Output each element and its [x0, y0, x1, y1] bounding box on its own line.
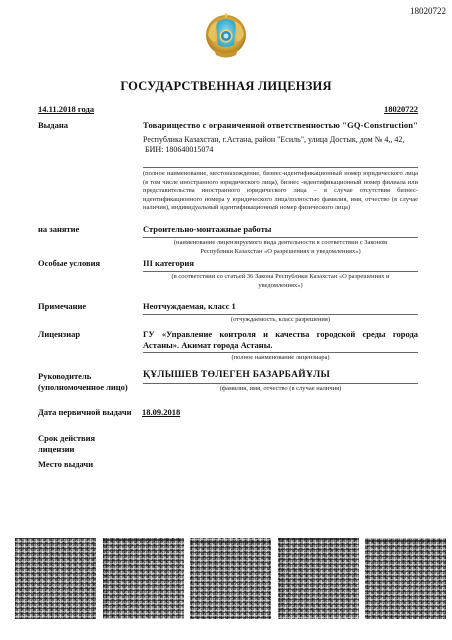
issued-to-block: Товарищество с ограниченной ответственно… [143, 120, 418, 213]
page-title: ГОСУДАРСТВЕННАЯ ЛИЦЕНЗИЯ [0, 79, 452, 94]
conditions-label: Особые условия [38, 258, 100, 269]
holder-address: Республика Казахстан, г.Астана, район "Е… [143, 135, 418, 145]
note-caption: (отчуждаемость, класс разрешения) [143, 315, 418, 325]
validity-label: Срок действия лицензии [38, 433, 95, 455]
barcode-3 [190, 538, 271, 619]
first-issue-value: 18.09.2018 [142, 407, 180, 418]
issue-date: 14.11.2018 года [38, 104, 94, 114]
head-block: ҚҰЛЫШЕВ ТӨЛЕГЕН БАЗАРБАЙҰЛЫ (фамилия, им… [143, 370, 418, 394]
barcode-4 [278, 538, 359, 619]
licensor-caption: (полное наименование лицензиара) [143, 353, 418, 363]
note-block: Неотчуждаемая, класс 1 (отчуждаемость, к… [143, 301, 418, 325]
holder-name: Товарищество с ограниченной ответственно… [143, 120, 418, 131]
note-label: Примечание [38, 301, 86, 312]
barcode-1 [15, 538, 96, 619]
conditions-caption: (в соответствии со статьей 36 Закона Рес… [143, 272, 418, 290]
activity-block: Строительно-монтажные работы (наименован… [143, 224, 418, 256]
license-number: 18020722 [384, 104, 418, 114]
document-number: 18020722 [410, 6, 446, 16]
note-value: Неотчуждаемая, класс 1 [143, 301, 418, 312]
licensor-value: ГУ «Управление контроля и качества город… [143, 329, 418, 351]
head-label: Руководитель (уполномоченное лицо) [38, 371, 128, 393]
state-emblem-icon [204, 13, 248, 61]
conditions-block: III категория (в соответствии со статьей… [143, 258, 418, 290]
activity-label: на занятие [38, 224, 79, 235]
barcode-5 [365, 538, 446, 619]
conditions-value: III категория [143, 258, 418, 269]
barcode-2 [103, 538, 184, 619]
activity-value: Строительно-монтажные работы [143, 224, 418, 235]
issued-to-label: Выдана [38, 120, 68, 131]
holder-bin: БИН: 180640015074 [143, 145, 418, 155]
issued-to-caption: (полное наименование, местонахождение, б… [143, 170, 418, 213]
head-value: ҚҰЛЫШЕВ ТӨЛЕГЕН БАЗАРБАЙҰЛЫ [143, 370, 418, 381]
first-issue-label: Дата первичной выдачи [38, 407, 132, 418]
head-caption: (фамилия, имя, отчество (в случае наличи… [143, 384, 418, 394]
barcode-strip [15, 538, 446, 619]
activity-caption: (наименование лицензируемого вида деятел… [143, 238, 418, 256]
licensor-label: Лицензиар [38, 329, 80, 340]
licensor-block: ГУ «Управление контроля и качества город… [143, 329, 418, 363]
place-label: Место выдачи [38, 459, 93, 470]
